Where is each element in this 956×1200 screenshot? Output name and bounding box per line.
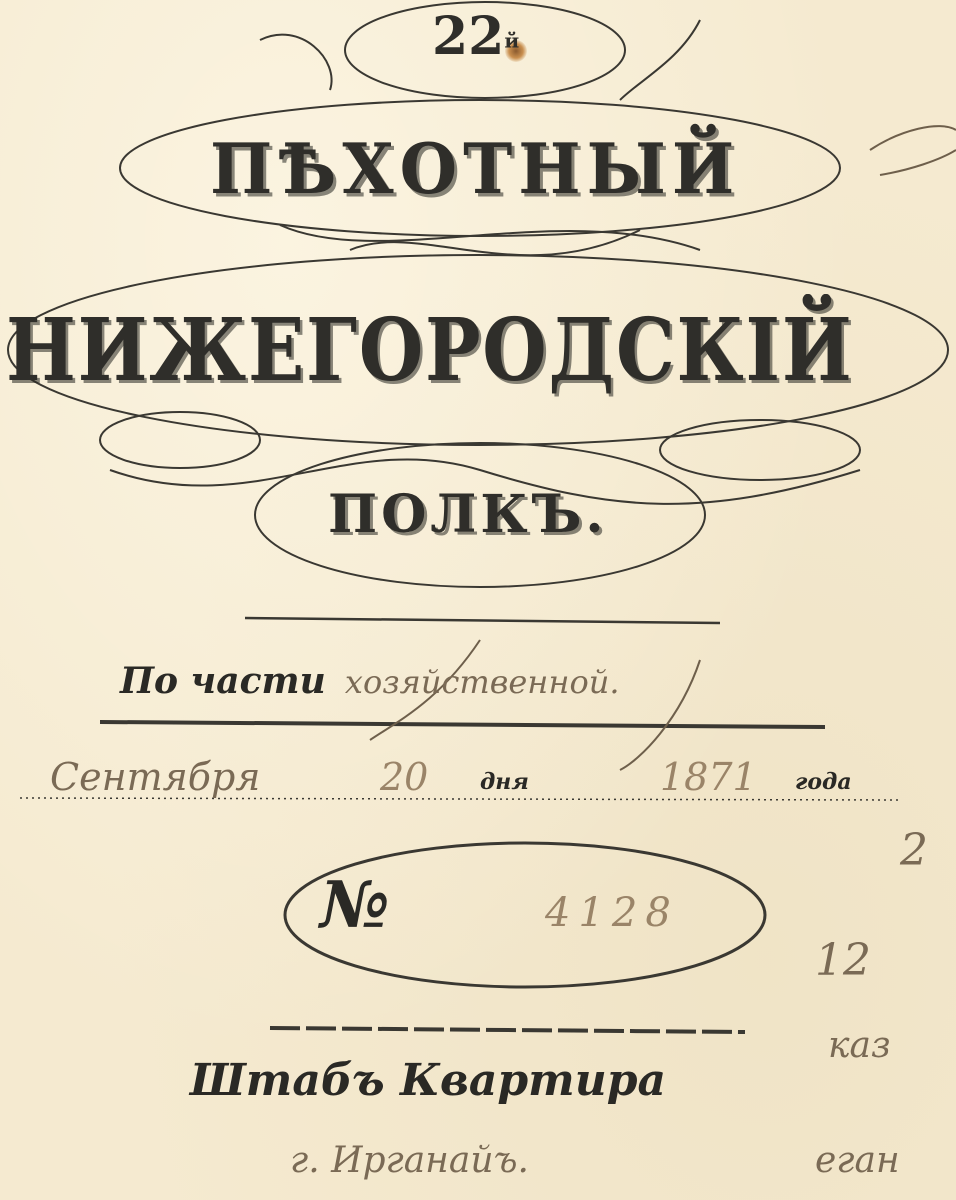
regiment-number-suffix: й bbox=[504, 29, 519, 53]
number-value[interactable]: 4128 bbox=[545, 890, 679, 936]
margin-note: 12 bbox=[815, 935, 871, 986]
headquarters-label: Штабъ Квартира bbox=[190, 1055, 666, 1106]
regiment-number-value: 22 bbox=[432, 6, 504, 67]
document-number: № 4128 bbox=[320, 868, 390, 943]
date-day-suffix: дня bbox=[480, 769, 529, 795]
headquarters-value[interactable]: г. Ирганайъ. bbox=[290, 1140, 529, 1181]
margin-note: каз bbox=[828, 1025, 891, 1066]
section-value[interactable]: хозяйственной. bbox=[345, 663, 620, 701]
letterhead-line-nizhegorodsky: НИЖЕГОРОДСКІЙ bbox=[6, 300, 853, 401]
date-year[interactable]: 1871 bbox=[660, 755, 757, 799]
number-label: № bbox=[320, 868, 390, 943]
letterhead-line-regiment: ПОЛКЪ. bbox=[328, 484, 608, 545]
section-row: По части хозяйственной. bbox=[120, 660, 620, 702]
letterhead-line-infantry: ПѢХОТНЫЙ bbox=[210, 128, 740, 210]
margin-note: еган bbox=[815, 1140, 900, 1181]
section-label: По части bbox=[120, 660, 326, 702]
margin-note: 2 bbox=[900, 825, 928, 876]
date-month[interactable]: Сентября bbox=[50, 755, 260, 799]
regiment-number: 22й bbox=[432, 6, 519, 67]
date-year-suffix: года bbox=[795, 769, 852, 795]
date-day[interactable]: 20 bbox=[380, 755, 428, 799]
date-row: Сентября 20 дня 1871 года bbox=[50, 755, 930, 799]
